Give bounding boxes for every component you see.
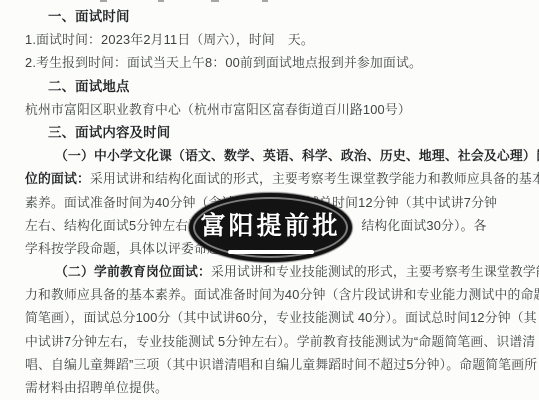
text: 唱、自编儿童舞蹈”三项（其中识谱清唱和自编儿童舞蹈时间不超过5分钟）。命题简笔画… <box>25 357 537 372</box>
text-line: 中试讲7分钟左右，专业技能测试 5分钟左右）。学前教育技能测试为“命题简笔画、识… <box>0 330 539 353</box>
bold-text: 三、面试内容及时间 <box>48 125 170 140</box>
text-line: 位的面试：采用试讲和结构化面试的形式，主要考察考生课堂教学能力和教师应具备的基本 <box>0 167 539 190</box>
stamp-label: 富阳提前批 <box>200 206 340 242</box>
text: 杭州市富阳区职业教育中心（杭州市富阳区富春街道百川路100号） <box>25 102 411 117</box>
text: 采用试讲和专业技能测试的形式，主要考察考生课堂教学能 <box>211 264 539 279</box>
text-line: （一）中小学文化课（语文、数学、英语、科学、政治、历史、地理、社会及心理）岗 <box>0 144 539 167</box>
fuyang-early-batch-stamp: 富阳提前批 <box>189 193 352 262</box>
text-line: 唱、自编儿童舞蹈”三项（其中识谱清唱和自编儿童舞蹈时间不超过5分钟）。命题简笔画… <box>0 353 539 376</box>
text-line: 杭州市富阳区职业教育中心（杭州市富阳区富春街道百川路100号） <box>0 98 539 121</box>
text-line: 二、面试地点 <box>0 75 539 98</box>
crop-artifact <box>100 0 107 2</box>
text-line: 1.面试时间：2023年2月11日（周六），时间 天。 <box>0 28 539 51</box>
crop-artifact <box>158 0 164 2</box>
bold-text: （一）中小学文化课（语文、数学、英语、科学、政治、历史、地理、社会及心理）岗 <box>55 148 539 163</box>
bold-text: 位的面试： <box>25 171 90 186</box>
text-line: 一、面试时间 <box>0 5 539 28</box>
text: 力和教师应具备的基本素养。面试准备时间为40分钟（含片段试讲和专业能力测试中的命… <box>25 287 539 302</box>
bold-text: （二）学前教育岗位面试： <box>55 264 211 279</box>
text: 简笔画），面试总分100分（其中试讲60分，专业技能测试 40分）。面试总时间1… <box>25 310 537 325</box>
text-line: 三、面试内容及时间 <box>0 121 539 144</box>
crop-artifact <box>211 0 219 2</box>
text: 采用试讲和结构化面试的形式，主要考察考生课堂教学能力和教师应具备的基本 <box>90 171 539 186</box>
text: 中试讲7分钟左右，专业技能测试 5分钟左右）。学前教育技能测试为“命题简笔画、识… <box>25 334 535 349</box>
text-line: 2.考生报到时间：面试当天上午8：00前到面试地点报到并参加面试。 <box>0 51 539 74</box>
bold-text: 一、面试时间 <box>48 9 130 24</box>
text-line: 简笔画），面试总分100分（其中试讲60分，专业技能测试 40分）。面试总时间1… <box>0 306 539 329</box>
bold-text: 二、面试地点 <box>48 79 130 94</box>
stamp-underline <box>228 250 314 254</box>
text-line: 力和教师应具备的基本素养。面试准备时间为40分钟（含片段试讲和专业能力测试中的命… <box>0 283 539 306</box>
document-page: 一、面试时间1.面试时间：2023年2月11日（周六），时间 天。2.考生报到时… <box>0 0 539 400</box>
text-line: （二）学前教育岗位面试：采用试讲和专业技能测试的形式，主要考察考生课堂教学能 <box>0 260 539 283</box>
text: 2.考生报到时间：面试当天上午8：00前到面试地点报到并参加面试。 <box>25 55 422 70</box>
crop-artifact <box>262 0 268 2</box>
text: 1.面试时间：2023年2月11日（周六），时间 天。 <box>25 32 314 47</box>
text-line: 需材料由招聘单位提供。 <box>0 376 539 399</box>
text: 需材料由招聘单位提供。 <box>25 380 168 395</box>
